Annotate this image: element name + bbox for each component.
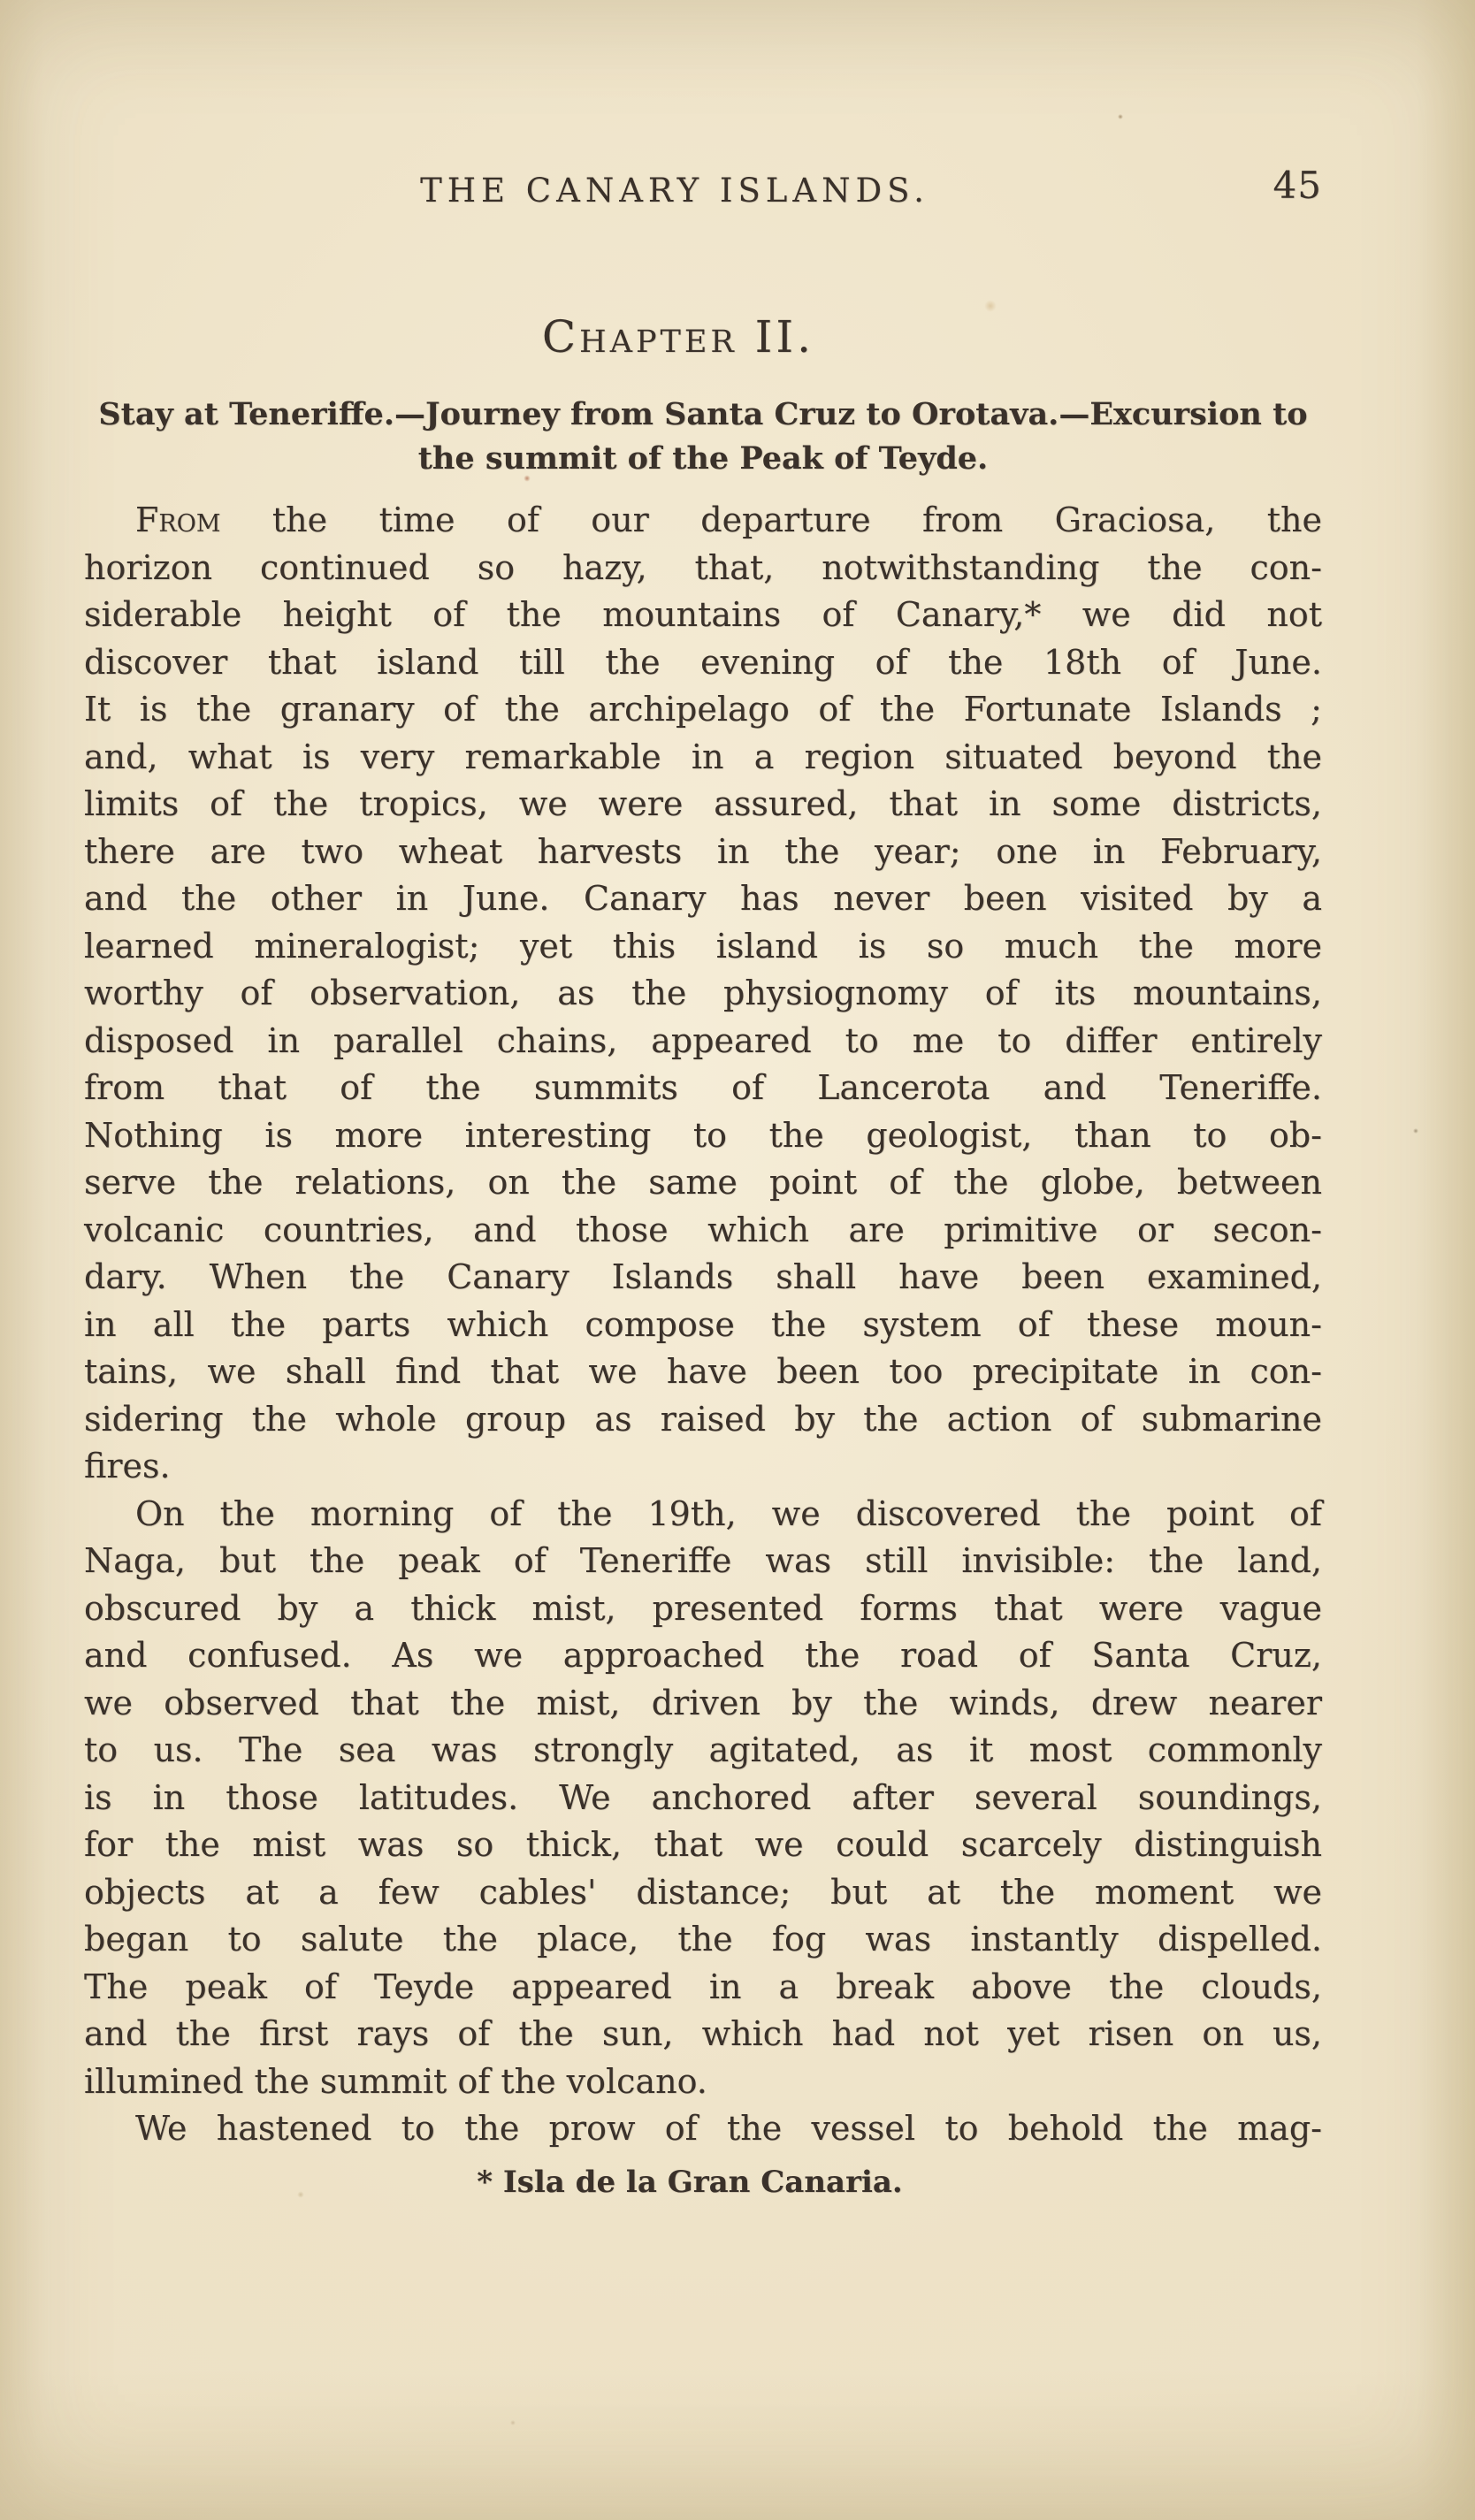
paragraph-3: We hastened to the prow of the vessel to…: [84, 2105, 1322, 2153]
page-header: THE CANARY ISLANDS. 45: [84, 170, 1322, 223]
text-line: On the morning of the 19th, we discovere…: [84, 1491, 1322, 1539]
text-line: and confused. As we approached the road …: [84, 1632, 1322, 1680]
text-line: We hastened to the prow of the vessel to…: [84, 2105, 1322, 2153]
text-line: we observed that the mist, driven by the…: [84, 1680, 1322, 1728]
text-line: learned mineralogist; yet this island is…: [84, 923, 1322, 971]
text-line: is in those latitudes. We anchored after…: [84, 1775, 1322, 1822]
chapter-heading: Chapter II.: [59, 311, 1297, 363]
text-line: siderable height of the mountains of Can…: [84, 592, 1322, 639]
text-line: discover that island till the evening of…: [84, 639, 1322, 687]
text-line: sidering the whole group as raised by th…: [84, 1396, 1322, 1444]
text-line: illumined the summit of the volcano.: [84, 2058, 1322, 2106]
text-line: for the mist was so thick, that we could…: [84, 1821, 1322, 1869]
text-line: disposed in parallel chains, appeared to…: [84, 1018, 1322, 1065]
smallcaps-lead-word: From: [135, 500, 220, 539]
text-line: tains, we shall find that we have been t…: [84, 1348, 1322, 1396]
text-line: and the first rays of the sun, which had…: [84, 2011, 1322, 2058]
text-line: obscured by a thick mist, presented form…: [84, 1585, 1322, 1633]
text-line: serve the relations, on the same point o…: [84, 1159, 1322, 1207]
text-line: The peak of Teyde appeared in a break ab…: [84, 1964, 1322, 2012]
text-line: to us. The sea was strongly agitated, as…: [84, 1727, 1322, 1775]
footnote: * Isla de la Gran Canaria.: [71, 2165, 1309, 2200]
text-line: began to salute the place, the fog was i…: [84, 1916, 1322, 1964]
paragraph-2: On the morning of the 19th, we discovere…: [84, 1491, 1322, 2106]
text-line: and, what is very remarkable in a region…: [84, 734, 1322, 782]
page-number: 45: [1273, 164, 1322, 207]
text-line: Stay at Teneriffe.—Journey from Santa Cr…: [84, 393, 1322, 437]
book-page: THE CANARY ISLANDS. 45 Chapter II. Stay …: [0, 0, 1475, 2520]
text-line: It is the granary of the archipelago of …: [84, 686, 1322, 734]
text-line: horizon continued so hazy, that, notwith…: [84, 545, 1322, 592]
text-line: volcanic countries, and those which are …: [84, 1207, 1322, 1255]
text-line: in all the parts which compose the syste…: [84, 1302, 1322, 1349]
text-line: dary. When the Canary Islands shall have…: [84, 1254, 1322, 1302]
paragraph-1: From the time of our departure from Grac…: [84, 497, 1322, 1491]
text-line: worthy of observation, as the physiognom…: [84, 970, 1322, 1018]
body-text: From the time of our departure from Grac…: [84, 497, 1322, 2153]
text-line: limits of the tropics, we were assured, …: [84, 781, 1322, 829]
chapter-summary: Stay at Teneriffe.—Journey from Santa Cr…: [84, 393, 1322, 481]
text-line: and the other in June. Canary has never …: [84, 875, 1322, 923]
text-line: From the time of our departure from Grac…: [84, 497, 1322, 545]
running-head: THE CANARY ISLANDS.: [56, 170, 1294, 212]
text-line: fires.: [84, 1443, 1322, 1491]
text-line: the summit of the Peak of Teyde.: [84, 437, 1322, 481]
text-line: Nothing is more interesting to the geolo…: [84, 1112, 1322, 1160]
text-line: objects at a few cables' distance; but a…: [84, 1869, 1322, 1917]
text-line: there are two wheat harvests in the year…: [84, 829, 1322, 876]
text-line: from that of the summits of Lancerota an…: [84, 1065, 1322, 1112]
text-line: Naga, but the peak of Teneriffe was stil…: [84, 1538, 1322, 1585]
